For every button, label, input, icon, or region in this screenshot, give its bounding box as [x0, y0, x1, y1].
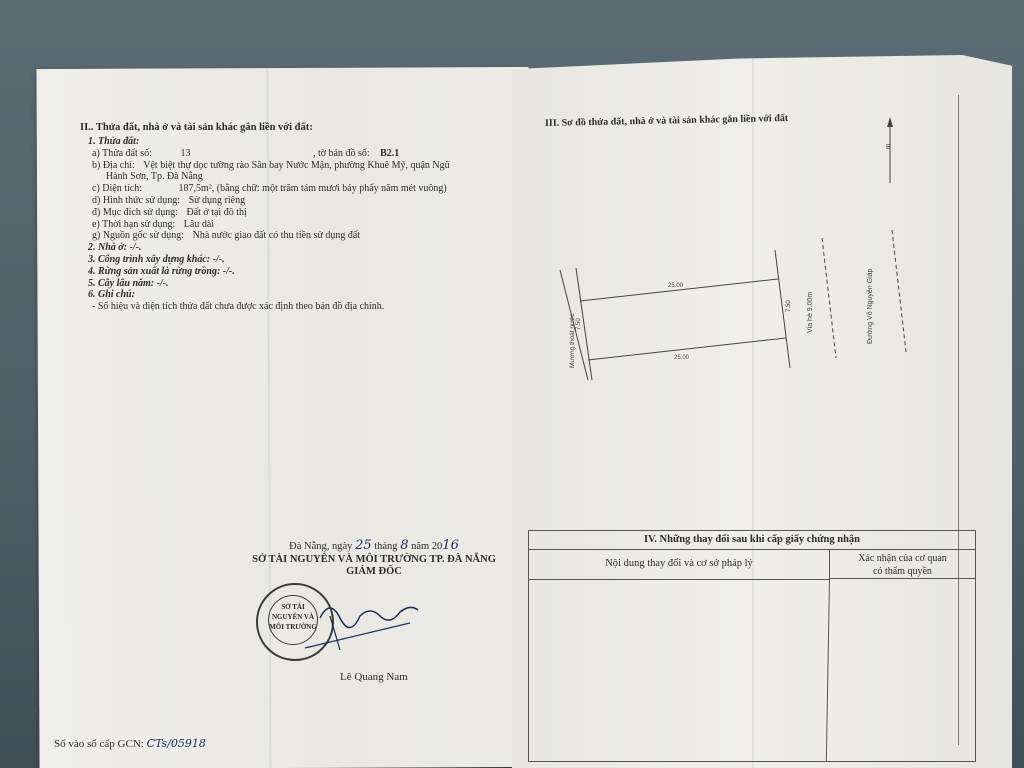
- address-row: b) Địa chỉ: Vệt biệt thự dọc tường rào S…: [80, 160, 520, 172]
- gcn-registry-number: Số vào sổ cấp GCN: CTs/05918: [54, 737, 206, 750]
- issuing-agency: SỞ TÀI NGUYÊN VÀ MÔI TRƯỜNG TP. ĐÀ NẴNG: [224, 554, 524, 567]
- parcel-number: 13: [180, 148, 190, 159]
- right-width-label: 7.50: [786, 300, 792, 312]
- parcel-number-row: a) Thửa đất số: 13 , tờ bản đồ số: B2.1: [80, 148, 520, 160]
- usage-origin-row: g) Nguồn gốc sử dụng: Nhà nước giao đất …: [80, 230, 520, 242]
- north-arrow-icon: B: [880, 115, 900, 185]
- issue-date: Đà Nẵng, ngày 25 tháng 8 năm 2016: [224, 540, 524, 554]
- address-continued: Hành Sơn, Tp. Đà Nẵng: [80, 171, 520, 183]
- signature-block: Đà Nẵng, ngày 25 tháng 8 năm 2016 SỞ TÀI…: [224, 540, 524, 579]
- perennial-row: 5. Cây lâu năm: -/-.: [80, 278, 520, 290]
- land-heading: 1. Thửa đất:: [80, 136, 520, 148]
- drainage-canal-label: Mương thoát nước: [569, 312, 576, 368]
- signer-name: Lê Quang Nam: [340, 671, 408, 683]
- table-divider: [826, 579, 830, 761]
- left-width-label: 7.50: [576, 318, 582, 330]
- usage-form-row: d) Hình thức sử dụng: Sử dụng riêng: [80, 195, 520, 207]
- column-header-authority-confirmation: Xác nhận của cơ quan có thẩm quyền: [830, 549, 975, 579]
- parcel-diagram: 25.00 25.00 7.50 7.50 Mương thoát nước V…: [550, 230, 930, 400]
- signature-scribble-icon: [300, 588, 450, 658]
- section-iv-title: IV. Những thay đổi sau khi cấp giấy chứn…: [529, 531, 975, 550]
- address-value: Vệt biệt thự dọc tường rào Sân bay Nước …: [143, 160, 449, 171]
- notes-item: - Số hiệu và diện tích thửa đất chưa đượ…: [80, 301, 520, 313]
- column-header-change-content: Nội dung thay đổi và cơ sở pháp lý: [529, 549, 830, 580]
- sidewalk-label: Vỉa hè 9.00m: [806, 292, 814, 333]
- usage-purpose-row: đ) Mục đích sử dụng: Đất ở tại đô thị: [80, 207, 520, 219]
- map-sheet-number: B2.1: [380, 148, 399, 159]
- svg-text:B: B: [886, 144, 891, 151]
- house-row: 2. Nhà ở: -/-.: [80, 242, 520, 254]
- other-works-row: 3. Công trình xây dựng khác: -/-.: [80, 254, 520, 266]
- road-label: Đường Võ Nguyên Giáp: [867, 268, 874, 344]
- bottom-length-label: 25.00: [674, 355, 690, 361]
- section-ii-title: II.. Thửa đất, nhà ở và tài sản khác gắn…: [80, 122, 313, 135]
- signer-title: GIÁM ĐỐC: [224, 566, 524, 579]
- usage-term-row: e) Thời hạn sử dụng: Lâu dài: [80, 219, 520, 231]
- area-row: c) Diện tích: 187,5m², (bằng chữ: một tr…: [80, 183, 520, 195]
- changes-table: IV. Những thay đổi sau khi cấp giấy chứn…: [528, 530, 976, 762]
- land-details: 1. Thửa đất: a) Thửa đất số: 13 , tờ bản…: [80, 136, 520, 313]
- notes-heading: 6. Ghi chú:: [80, 289, 520, 301]
- area-value: 187,5m², (bằng chữ: một trăm tám mươi bả…: [178, 183, 446, 194]
- top-length-label: 25.00: [668, 283, 684, 289]
- forest-row: 4. Rừng sản xuất là rừng trồng: -/-.: [80, 266, 520, 278]
